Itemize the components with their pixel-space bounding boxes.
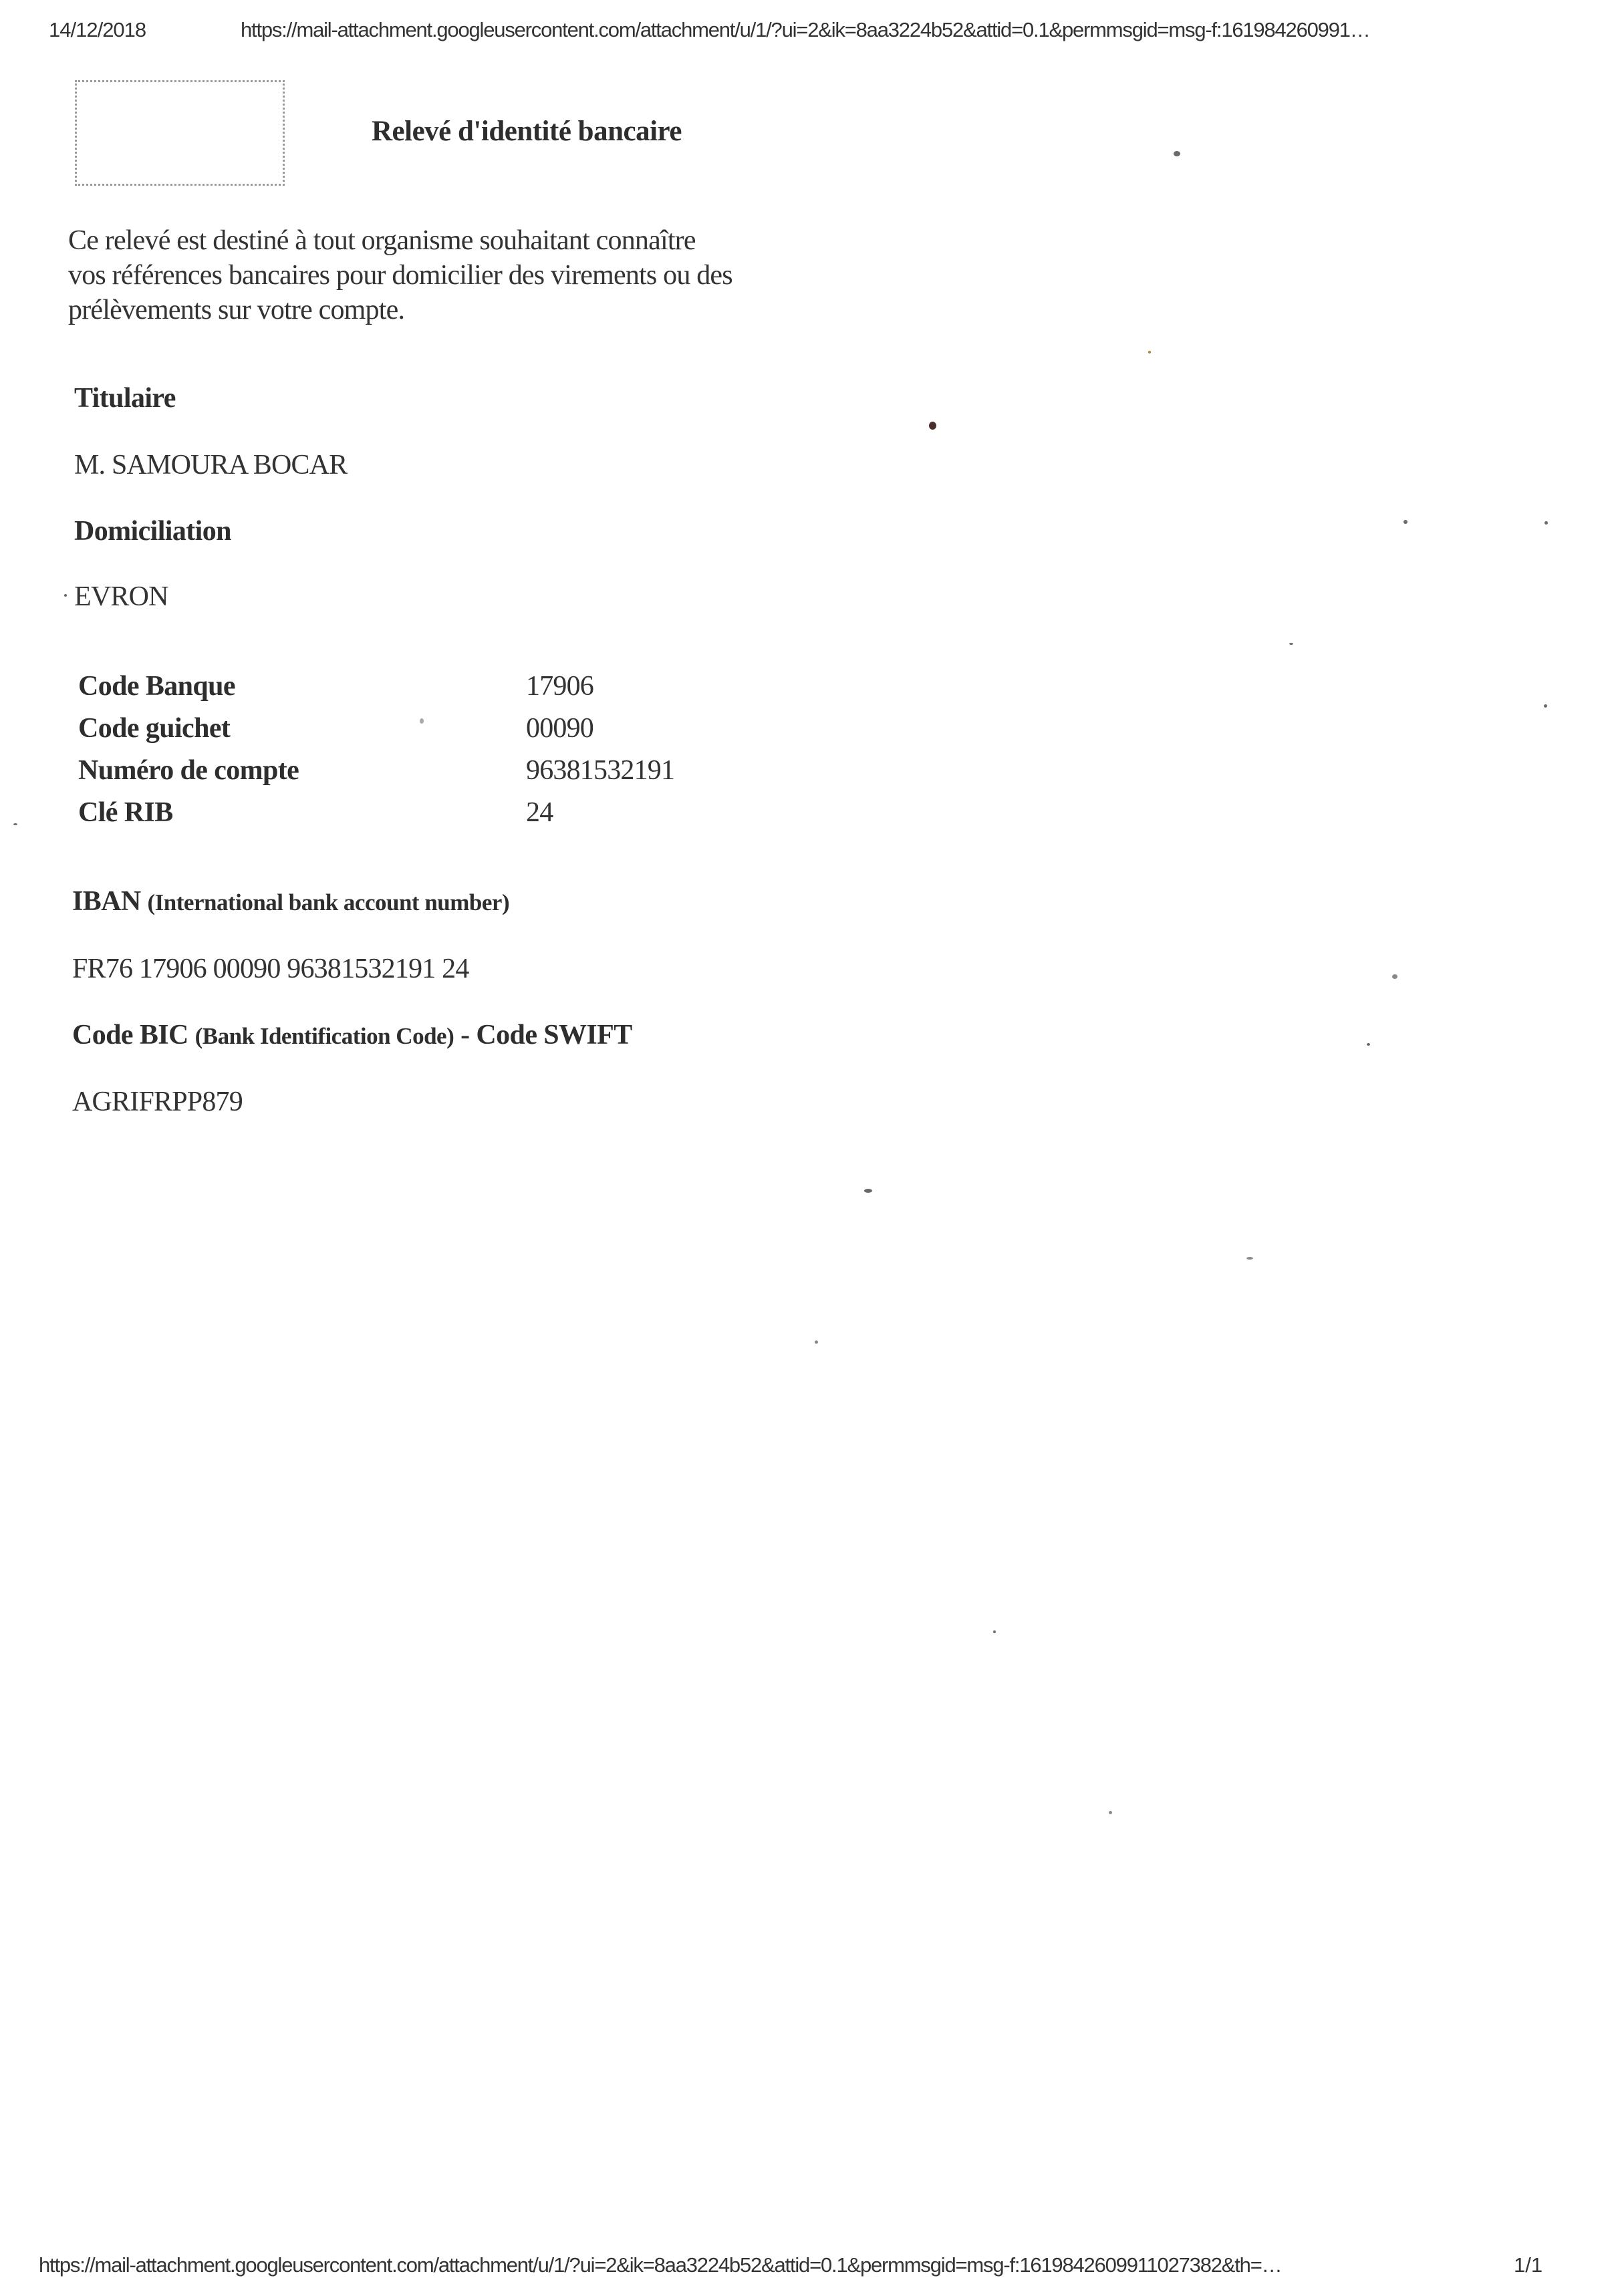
intro-line: Ce relevé est destiné à tout organisme s…	[68, 223, 937, 258]
scan-speck	[420, 718, 424, 724]
rib-label: Numéro de compte	[78, 754, 299, 786]
scan-speck	[13, 823, 17, 825]
scan-speck	[64, 594, 67, 597]
holder-label: Titulaire	[74, 382, 176, 414]
iban-value: FR76 17906 00090 96381532191 24	[72, 953, 469, 985]
scan-speck	[1246, 1257, 1253, 1260]
document-title: Relevé d'identité bancaire	[372, 115, 682, 148]
print-footer-url: https://mail-attachment.googleuserconten…	[39, 2253, 1281, 2277]
domiciliation-value: EVRON	[74, 581, 168, 613]
scan-speck	[1544, 704, 1547, 708]
scan-speck	[815, 1340, 818, 1344]
intro-paragraph: Ce relevé est destiné à tout organisme s…	[68, 223, 937, 327]
bic-sublabel: (Bank Identification Code)	[195, 1023, 454, 1049]
bic-label: Code BIC	[72, 1020, 188, 1050]
iban-heading: IBAN (International bank account number)	[72, 885, 509, 917]
iban-label: IBAN	[72, 886, 141, 917]
intro-line: prélèvements sur votre compte.	[68, 293, 937, 327]
scan-speck	[1392, 974, 1397, 979]
print-header-url: https://mail-attachment.googleuserconten…	[241, 18, 1370, 42]
rib-label: Code guichet	[78, 712, 230, 744]
rib-row-branch-code: Code guichet 00090	[78, 712, 747, 752]
rib-row-bank-code: Code Banque 17906	[78, 670, 747, 710]
holder-name: M. SAMOURA BOCAR	[74, 449, 347, 481]
scan-speck	[1289, 643, 1293, 645]
rib-value: 17906	[526, 670, 593, 702]
scan-speck	[1367, 1043, 1370, 1046]
scan-speck	[1109, 1811, 1112, 1814]
rib-label: Code Banque	[78, 670, 235, 702]
scan-speck	[1148, 351, 1151, 353]
scan-speck	[929, 422, 936, 430]
scan-speck	[1545, 521, 1548, 525]
scan-speck	[993, 1630, 996, 1633]
page-number: 1/1	[1514, 2253, 1542, 2277]
scan-speck	[864, 1189, 872, 1193]
bic-label-suffix: - Code SWIFT	[460, 1020, 632, 1050]
bic-value: AGRIFRPP879	[72, 1086, 243, 1118]
bank-logo-placeholder	[75, 80, 285, 186]
rib-value: 96381532191	[526, 754, 674, 786]
scan-speck	[1174, 151, 1180, 156]
intro-line: vos références bancaires pour domicilier…	[68, 258, 937, 293]
rib-label: Clé RIB	[78, 797, 173, 829]
print-date: 14/12/2018	[49, 18, 146, 42]
rib-value: 00090	[526, 712, 593, 744]
bic-heading: Code BIC (Bank Identification Code) - Co…	[72, 1019, 632, 1051]
iban-sublabel: (International bank account number)	[148, 889, 510, 915]
domiciliation-label: Domiciliation	[74, 515, 231, 547]
scan-speck	[1403, 520, 1407, 524]
rib-row-account-number: Numéro de compte 96381532191	[78, 754, 747, 795]
rib-row-rib-key: Clé RIB 24	[78, 797, 747, 837]
rib-value: 24	[526, 797, 553, 829]
